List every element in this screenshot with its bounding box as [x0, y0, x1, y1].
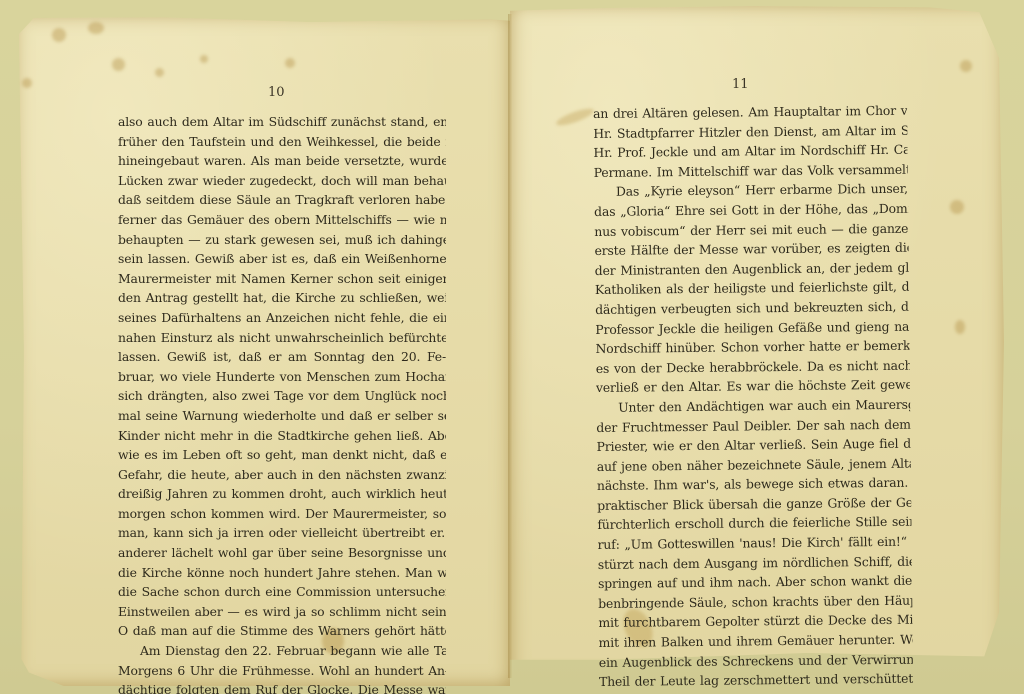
- text-line: die Kirche könne noch hundert Jahre steh…: [118, 563, 446, 583]
- text-line: also auch dem Altar im Südschiff zunächs…: [118, 112, 446, 132]
- text-line: das „Gloria“ Ehre sei Gott in der Höhe, …: [594, 199, 908, 222]
- text-line: Am Dienstag den 22. Februar begann wie a…: [118, 641, 446, 661]
- left-page-text: also auch dem Altar im Südschiff zunächs…: [118, 112, 446, 694]
- text-line: den Antrag gestellt hat, die Kirche zu s…: [118, 288, 446, 308]
- text-line: ferner das Gemäuer des obern Mittelschif…: [118, 210, 446, 230]
- stain: [88, 22, 104, 34]
- stain: [200, 55, 208, 63]
- text-line: morgen schon kommen wird. Der Maurermeis…: [118, 504, 446, 524]
- stain: [960, 60, 972, 72]
- text-line: sein lassen. Gewiß aber ist es, daß ein …: [118, 249, 446, 269]
- right-page-text: an drei Altären gelesen. Am Hauptaltar i…: [593, 101, 913, 692]
- text-line: man, kann sich ja irren oder vielleicht …: [118, 523, 446, 543]
- text-line: Lücken zwar wieder zugedeckt, doch will …: [118, 171, 446, 191]
- text-line: Gefahr, die heute, aber auch in den näch…: [118, 465, 446, 485]
- text-line: dreißig Jahren zu kommen droht, auch wir…: [118, 484, 446, 504]
- text-line: lassen. Gewiß ist, daß er am Sonntag den…: [118, 347, 446, 367]
- page-number-right: 11: [732, 77, 749, 92]
- text-line: O daß man auf die Stimme des Warners geh…: [118, 621, 446, 641]
- text-line: sich drängten, also zwei Tage vor dem Un…: [118, 386, 446, 406]
- stain: [285, 58, 295, 68]
- book-spine: [508, 14, 512, 678]
- text-line: Kinder nicht mehr in die Stadtkirche geh…: [118, 426, 446, 446]
- text-line: hineingebaut waren. Als man beide verset…: [118, 151, 446, 171]
- text-line: seines Dafürhaltens an Anzeichen nicht f…: [118, 308, 446, 328]
- stain: [955, 320, 965, 334]
- stain: [950, 200, 964, 214]
- stain: [52, 28, 66, 42]
- page-number-left: 10: [268, 85, 285, 100]
- text-line: wie es im Leben oft so geht, man denkt n…: [118, 445, 446, 465]
- text-line: früher den Taufstein und den Weihkessel,…: [118, 132, 446, 152]
- text-line: bruar, wo viele Hunderte von Menschen zu…: [118, 367, 446, 387]
- text-line: daß seitdem diese Säule an Tragkraft ver…: [118, 190, 446, 210]
- text-line: Theil der Leute lag zerschmettert und ve…: [599, 669, 913, 692]
- text-line: dächtigen verbeugten sich und bekreuzten…: [595, 297, 909, 320]
- text-line: mal seine Warnung wiederholte und daß er…: [118, 406, 446, 426]
- stain: [22, 78, 32, 88]
- text-line: behaupten — zu stark gewesen sei, muß ic…: [118, 230, 446, 250]
- text-line: dächtige folgten dem Ruf der Glocke. Die…: [118, 680, 446, 694]
- text-line: Einstweilen aber — es wird ja so schlimm…: [118, 602, 446, 622]
- stain: [155, 68, 164, 77]
- stain: [112, 58, 125, 71]
- text-line: Unter den Andächtigen war auch ein Maure…: [596, 395, 910, 418]
- text-line: die Sache schon durch eine Commission un…: [118, 582, 446, 602]
- text-line: nahen Einsturz als nicht unwahrscheinlic…: [118, 328, 446, 348]
- text-line: Maurermeister mit Namen Kerner schon sei…: [118, 269, 446, 289]
- text-line: an drei Altären gelesen. Am Hauptaltar i…: [593, 101, 907, 124]
- text-line: anderer lächelt wohl gar über seine Beso…: [118, 543, 446, 563]
- text-line: Morgens 6 Uhr die Frühmesse. Wohl an hun…: [118, 661, 446, 681]
